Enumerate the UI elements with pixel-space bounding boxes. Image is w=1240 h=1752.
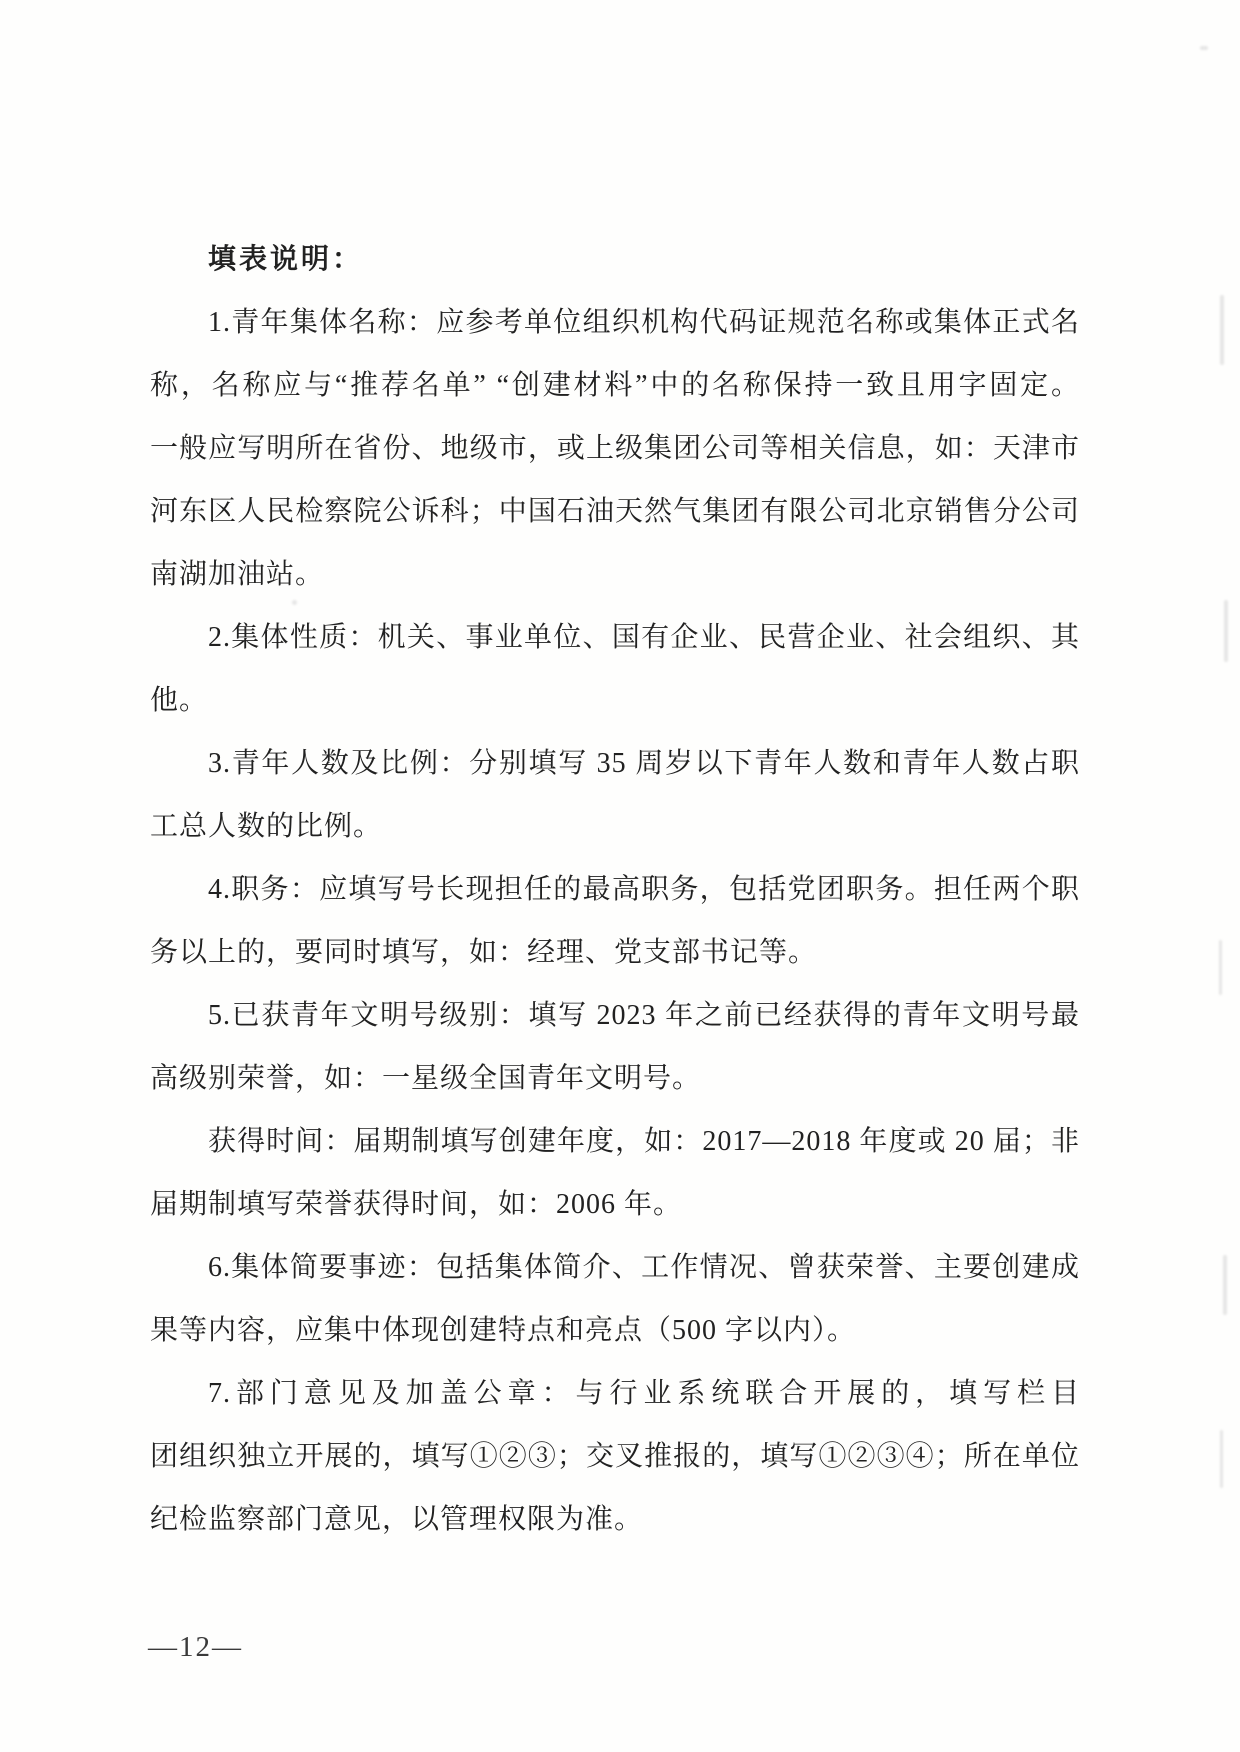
text-line: 5.已获青年文明号级别：填写 2023 年之前已经获得的青年文明号最 bbox=[150, 984, 1080, 1047]
text-line: 称，名称应与“推荐名单” “创建材料”中的名称保持一致且用字固定。 bbox=[150, 354, 1080, 417]
text-line: 届期制填写荣誉获得时间，如：2006 年。 bbox=[150, 1173, 1080, 1236]
scan-artifact bbox=[1223, 1255, 1227, 1315]
text-line: 纪检监察部门意见，以管理权限为准。 bbox=[150, 1488, 1080, 1551]
text-line: 团组织独立开展的，填写①②③；交叉推报的，填写①②③④；所在单位 bbox=[150, 1425, 1080, 1488]
scan-artifact bbox=[1220, 295, 1224, 365]
text-line: 一般应写明所在省份、地级市，或上级集团公司等相关信息，如：天津市 bbox=[150, 417, 1080, 480]
text-line: 河东区人民检察院公诉科；中国石油天然气集团有限公司北京销售分公司 bbox=[150, 480, 1080, 543]
text-line: 6.集体简要事迹：包括集体简介、工作情况、曾获荣誉、主要创建成 bbox=[150, 1236, 1080, 1299]
text-line: 他。 bbox=[150, 669, 1080, 732]
text-line: 1.青年集体名称：应参考单位组织机构代码证规范名称或集体正式名 bbox=[150, 291, 1080, 354]
form-instructions-body: 填表说明： 1.青年集体名称：应参考单位组织机构代码证规范名称或集体正式名 称，… bbox=[150, 228, 1080, 1551]
scan-artifact bbox=[292, 600, 297, 605]
scan-artifact bbox=[1224, 600, 1228, 662]
text-line: 高级别荣誉，如：一星级全国青年文明号。 bbox=[150, 1047, 1080, 1110]
page-number: —12— bbox=[148, 1616, 243, 1679]
section-heading: 填表说明： bbox=[150, 228, 1080, 291]
text-line: 3.青年人数及比例：分别填写 35 周岁以下青年人数和青年人数占职 bbox=[150, 732, 1080, 795]
text-line: 4.职务：应填写号长现担任的最高职务，包括党团职务。担任两个职 bbox=[150, 858, 1080, 921]
scan-artifact bbox=[1220, 1430, 1223, 1488]
text-line: 务以上的，要同时填写，如：经理、党支部书记等。 bbox=[150, 921, 1080, 984]
scan-artifact bbox=[1200, 46, 1208, 50]
scanned-document-page: 填表说明： 1.青年集体名称：应参考单位组织机构代码证规范名称或集体正式名 称，… bbox=[0, 0, 1240, 1752]
text-line: 获得时间：届期制填写创建年度，如：2017—2018 年度或 20 届；非 bbox=[150, 1110, 1080, 1173]
text-line: 南湖加油站。 bbox=[150, 543, 1080, 606]
text-line: 果等内容，应集中体现创建特点和亮点（500 字以内）。 bbox=[150, 1299, 1080, 1362]
text-line: 工总人数的比例。 bbox=[150, 795, 1080, 858]
text-line: 2.集体性质：机关、事业单位、国有企业、民营企业、社会组织、其 bbox=[150, 606, 1080, 669]
text-line: 7.部门意见及加盖公章：与行业系统联合开展的，填写栏目①②③④。 bbox=[150, 1362, 1080, 1425]
scan-artifact bbox=[1219, 940, 1222, 995]
